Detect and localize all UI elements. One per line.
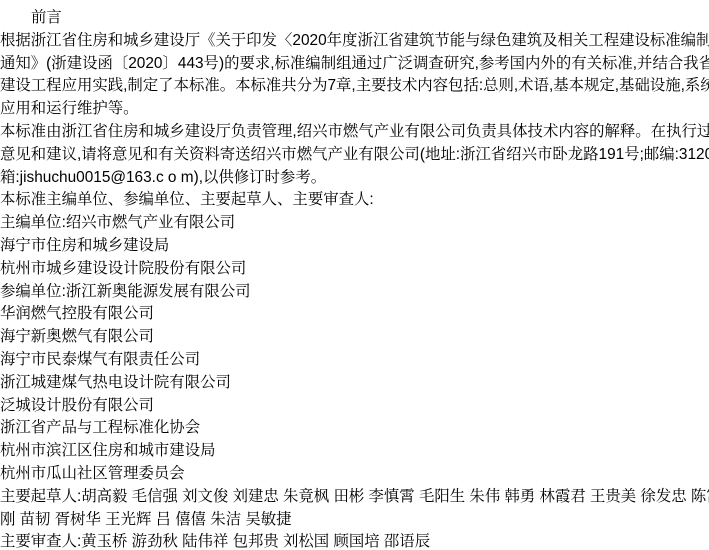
drafters-line-1: 主要起草人:胡高毅 毛信强 刘文俊 刘建忠 朱竟枫 田彬 李慎霄 毛阳生 朱伟 … <box>0 486 709 509</box>
participating-unit-8: 杭州市滨江区住房和城市建设局 <box>0 440 709 463</box>
chief-editor-unit-1: 主编单位:绍兴市燃气产业有限公司 <box>0 212 709 235</box>
management-paragraph-line-1: 本标准由浙江省住房和城乡建设厅负责管理,绍兴市燃气产业有限公司负责具体技术内容的… <box>0 121 709 144</box>
participating-unit-7: 浙江省产品与工程标准化协会 <box>0 417 709 440</box>
management-paragraph-line-2: 意见和建议,请将意见和有关资料寄送绍兴市燃气产业有限公司(地址:浙江省绍兴市卧龙… <box>0 144 709 167</box>
participating-unit-5: 浙江城建煤气热电设计院有限公司 <box>0 372 709 395</box>
participating-unit-6: 泛城设计股份有限公司 <box>0 395 709 418</box>
chief-editor-unit-3: 杭州市城乡建设设计院股份有限公司 <box>0 258 709 281</box>
chief-editor-unit-2: 海宁市住房和城乡建设局 <box>0 235 709 258</box>
preface-document: 前言 根据浙江省住房和城乡建设厅《关于印发〈2020年度浙江省建筑节能与绿色建筑… <box>0 0 709 550</box>
credits-intro-line: 本标准主编单位、参编单位、主要起草人、主要审查人: <box>0 189 709 212</box>
intro-paragraph-line-4: 应用和运行维护等。 <box>0 98 709 121</box>
intro-paragraph-line-1: 根据浙江省住房和城乡建设厅《关于印发〈2020年度浙江省建筑节能与绿色建筑及相关… <box>0 30 709 53</box>
preface-heading: 前言 <box>0 7 709 30</box>
intro-paragraph-line-2: 通知》(浙建设函〔2020〕443号)的要求,标准编制组通过广泛调查研究,参考国… <box>0 53 709 76</box>
participating-unit-1: 参编单位:浙江新奥能源发展有限公司 <box>0 281 709 304</box>
participating-unit-9: 杭州市瓜山社区管理委员会 <box>0 463 709 486</box>
reviewers-line: 主要审查人:黄玉桥 游劲秋 陆伟祥 包邦贵 刘松国 顾国培 邵语辰 <box>0 531 709 550</box>
participating-unit-2: 华润燃气控股有限公司 <box>0 303 709 326</box>
drafters-line-2: 刚 苗韧 胥树华 王光辉 吕 僖僖 朱洁 吴敏捷 <box>0 509 709 532</box>
intro-paragraph-line-3: 建设工程应用实践,制定了本标准。本标准共分为7章,主要技术内容包括:总则,术语,… <box>0 75 709 98</box>
management-paragraph-line-3: 箱:jishuchu0015@163.c o m),以供修订时参考。 <box>0 167 709 190</box>
participating-unit-3: 海宁新奥燃气有限公司 <box>0 326 709 349</box>
participating-unit-4: 海宁市民泰煤气有限责任公司 <box>0 349 709 372</box>
